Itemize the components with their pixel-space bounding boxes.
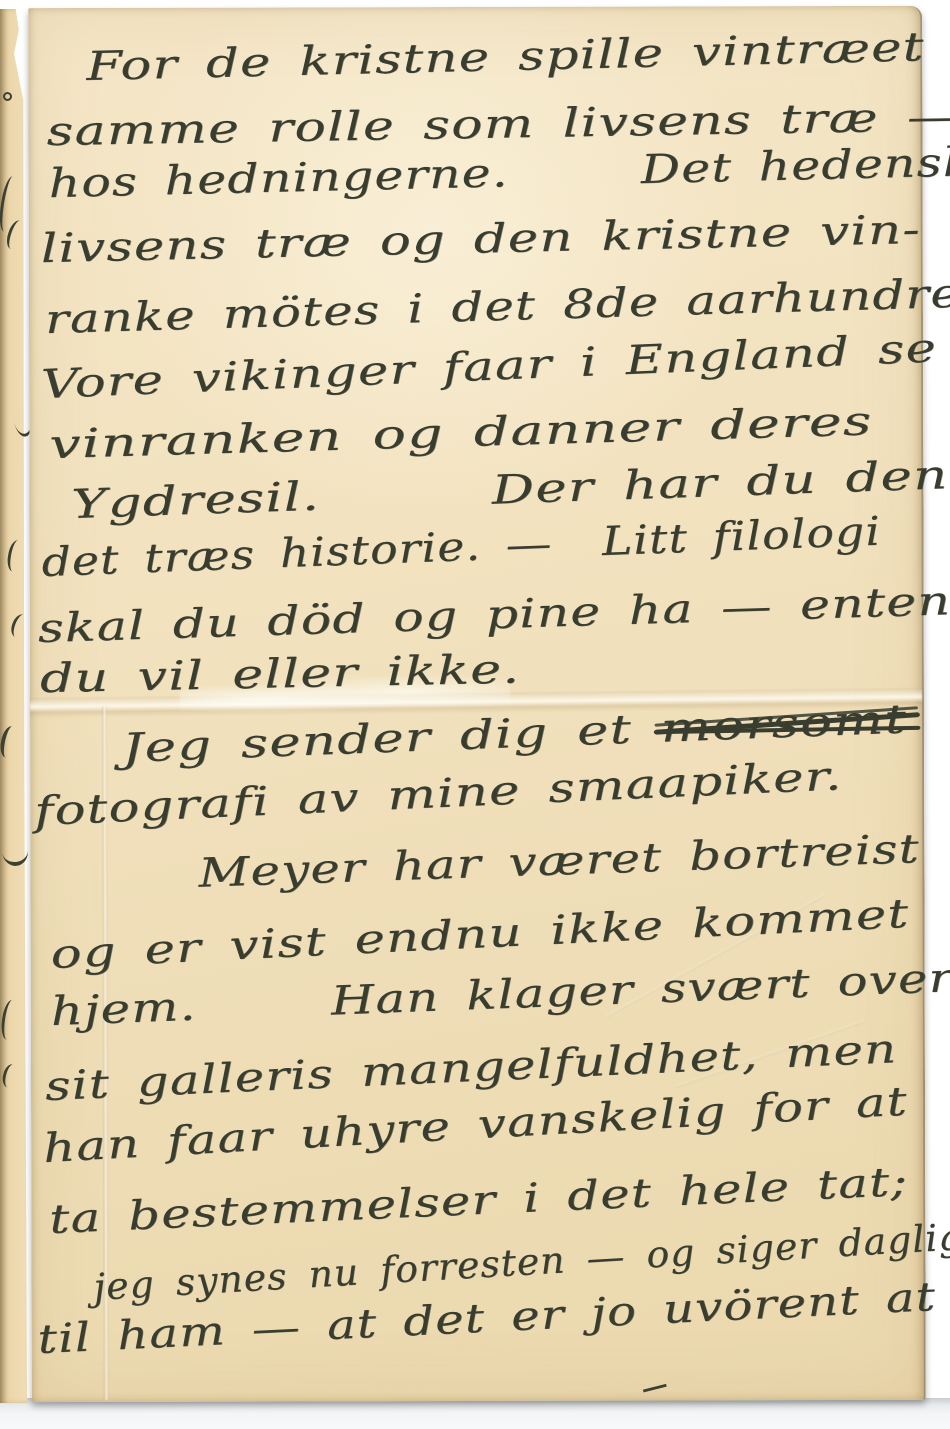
scanner-bed-strip [0, 1398, 950, 1429]
handwritten-line-7: vinranken og danner deres [49, 400, 873, 466]
letter-page: For de kristne spille vintræet samme rol… [28, 6, 926, 1402]
stray-ink-mark [643, 1384, 669, 1401]
stray-ink-mark [3, 92, 12, 101]
struck-word: morsomt [660, 698, 908, 749]
handwritten-line-11: du vil eller ikke. [40, 649, 521, 701]
handwritten-line-14: Meyer har været bortreist [198, 828, 921, 895]
scanned-letter-page: For de kristne spille vintræet samme rol… [0, 0, 950, 1429]
handwritten-line-1: For de kristne spille vintræet [86, 26, 925, 88]
handwritten-line-4: livsens træ og den kristne vin- [40, 209, 921, 270]
handwritten-line-10: skal du död og pine ha — enten [37, 580, 950, 650]
